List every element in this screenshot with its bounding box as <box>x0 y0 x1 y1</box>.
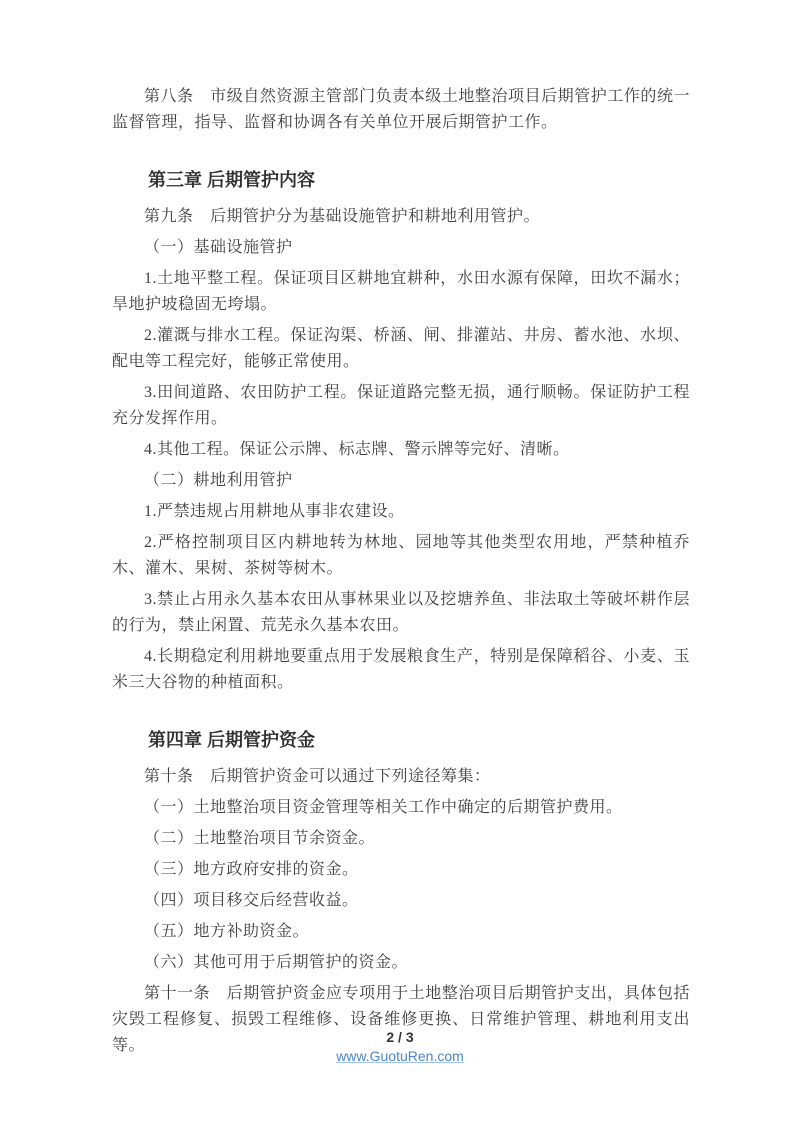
list-item-no-nonfarm-construction: 1.严禁违规占用耕地从事非农建设。 <box>112 499 690 525</box>
chapter-heading-4: 第四章 后期管护资金 <box>112 726 690 754</box>
list-item-fund-source-4: （四）项目移交后经营收益。 <box>112 888 690 914</box>
chapter-heading-3: 第三章 后期管护内容 <box>112 166 690 194</box>
list-item-irrigation: 2.灌溉与排水工程。保证沟渠、桥涵、闸、排灌站、井房、蓄水池、水坝、配电等工程完… <box>112 323 690 375</box>
body-paragraph-article-8: 第八条 市级自然资源主管部门负责本级土地整治项目后期管护工作的统一监督管理，指导… <box>112 84 690 136</box>
list-item-fund-source-5: （五）地方补助资金。 <box>112 919 690 945</box>
list-item-fund-source-2: （二）土地整治项目节余资金。 <box>112 826 690 852</box>
list-item-fund-source-3: （三）地方政府安排的资金。 <box>112 857 690 883</box>
list-item-land-leveling: 1.土地平整工程。保证项目区耕地宜耕种，水田水源有保障，田坎不漏水；旱地护坡稳固… <box>112 266 690 318</box>
document-body: 第八条 市级自然资源主管部门负责本级土地整治项目后期管护工作的统一监督管理，指导… <box>112 0 690 1064</box>
footer-link[interactable]: www.GuotuRen.com <box>336 1047 464 1066</box>
list-item-grain-production: 4.长期稳定利用耕地要重点用于发展粮食生产，特别是保障稻谷、小麦、玉米三大谷物的… <box>112 644 690 696</box>
list-item-control-conversion: 2.严格控制项目区内耕地转为林地、园地等其他类型农用地，严禁种植乔木、灌木、果树… <box>112 530 690 582</box>
body-paragraph-article-10: 第十条 后期管护资金可以通过下列途径筹集： <box>112 764 690 790</box>
list-item-other-works: 4.其他工程。保证公示牌、标志牌、警示牌等完好、清晰。 <box>112 437 690 463</box>
page-footer: 2 / 3 www.GuotuRen.com <box>0 1028 800 1066</box>
list-item-no-farmland-damage: 3.禁止占用永久基本农田从事林果业以及挖塘养鱼、非法取土等破坏耕作层的行为，禁止… <box>112 587 690 639</box>
body-paragraph-article-9: 第九条 后期管护分为基础设施管护和耕地利用管护。 <box>112 204 690 230</box>
list-item-fund-source-6: （六）其他可用于后期管护的资金。 <box>112 950 690 976</box>
list-item-field-roads: 3.田间道路、农田防护工程。保证道路完整无损，通行顺畅。保证防护工程充分发挥作用… <box>112 380 690 432</box>
page-number: 2 / 3 <box>0 1028 800 1047</box>
list-item-cultivated-land: （二）耕地利用管护 <box>112 468 690 494</box>
document-page: 第八条 市级自然资源主管部门负责本级土地整治项目后期管护工作的统一监督管理，指导… <box>0 0 800 1132</box>
list-item-fund-source-1: （一）土地整治项目资金管理等相关工作中确定的后期管护费用。 <box>112 795 690 821</box>
list-item-infrastructure: （一）基础设施管护 <box>112 235 690 261</box>
